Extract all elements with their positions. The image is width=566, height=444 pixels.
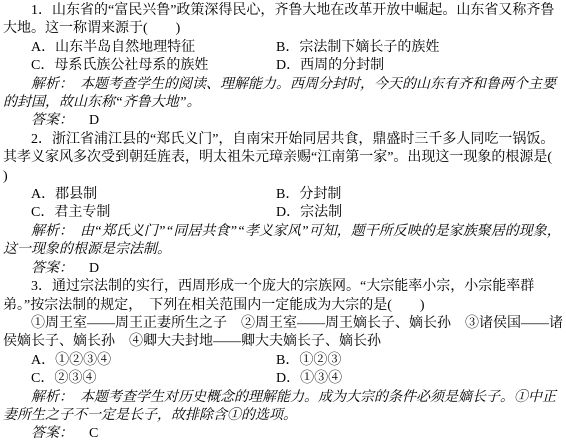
- question-1-answer-label: 答案：: [31, 113, 73, 128]
- test-paper-page: { "document": { "questions": [ { "stem":…: [0, 0, 566, 444]
- question-3-option-c: C．②③④: [31, 370, 276, 388]
- question-2-analysis: 解析： 由“郑氏义门”“同居共食”“孝义家风”可知，题干所反映的是家族聚居的现象…: [3, 223, 564, 260]
- question-1-answer-line: 答案：D: [3, 112, 564, 130]
- question-3-items: ①周王室——周王正妻所生之子 ②周王室——周王嫡长子、嫡长孙 ③诸侯国——诸侯嫡…: [3, 315, 564, 352]
- question-1-option-b: B．宗法制下嫡长子的族姓: [276, 39, 439, 57]
- question-2-options-row-2: C．君主专制 D．宗法制: [3, 204, 564, 222]
- question-3-option-a: A．①②③④: [31, 352, 276, 370]
- question-3-options-row-1: A．①②③④ B．①②③: [3, 352, 564, 370]
- question-1-analysis: 解析： 本题考查学生的阅读、理解能力。西周分封时，今天的山东有齐和鲁两个主要的封…: [3, 76, 564, 113]
- question-2-option-a: A．郡县制: [31, 186, 276, 204]
- question-1-option-d: D．西周的分封制: [276, 57, 384, 75]
- question-2-option-b: B．分封制: [276, 186, 341, 204]
- question-1-stem: 1．山东省的“富民兴鲁”政策深得民心，齐鲁大地在改革开放中崛起。山东省又称齐鲁大…: [3, 2, 564, 39]
- question-3-stem: 3．通过宗法制的实行，西周形成一个庞大的宗族网。“大宗能率小宗，小宗能率群弟。”…: [3, 278, 564, 315]
- question-1-option-a: A．山东半岛自然地理特征: [31, 39, 276, 57]
- question-2-options-row-1: A．郡县制 B．分封制: [3, 186, 564, 204]
- question-3-option-d: D．①③④: [276, 370, 342, 388]
- question-1-option-c: C．母系氏族公社母系的族姓: [31, 57, 276, 75]
- question-2-answer-label: 答案：: [31, 261, 73, 276]
- question-2-option-c: C．君主专制: [31, 204, 276, 222]
- question-block-2: 2．浙江省浦江县的“郑氏义门”，自南宋开始同居共食，鼎盛时三千多人同吃一锅饭。其…: [3, 131, 564, 278]
- question-1-answer-value: D: [89, 113, 99, 128]
- question-1-options-row-2: C．母系氏族公社母系的族姓 D．西周的分封制: [3, 57, 564, 75]
- question-2-option-d: D．宗法制: [276, 204, 342, 222]
- question-1-options-row-1: A．山东半岛自然地理特征 B．宗法制下嫡长子的族姓: [3, 39, 564, 57]
- question-3-answer-line: 答案：C: [3, 425, 564, 443]
- question-3-answer-value: C: [89, 426, 98, 441]
- question-3-analysis: 解析： 本题考查学生对历史概念的理解能力。成为大宗的条件必须是嫡长子。①中正妻所…: [3, 389, 564, 426]
- question-3-options-row-2: C．②③④ D．①③④: [3, 370, 564, 388]
- question-2-answer-line: 答案：D: [3, 260, 564, 278]
- question-block-3: 3．通过宗法制的实行，西周形成一个庞大的宗族网。“大宗能率小宗，小宗能率群弟。”…: [3, 278, 564, 444]
- question-3-option-b: B．①②③: [276, 352, 341, 370]
- question-3-answer-label: 答案：: [31, 426, 73, 441]
- question-block-1: 1．山东省的“富民兴鲁”政策深得民心，齐鲁大地在改革开放中崛起。山东省又称齐鲁大…: [3, 2, 564, 131]
- question-2-stem: 2．浙江省浦江县的“郑氏义门”，自南宋开始同居共食，鼎盛时三千多人同吃一锅饭。其…: [3, 131, 564, 186]
- question-2-answer-value: D: [89, 261, 99, 276]
